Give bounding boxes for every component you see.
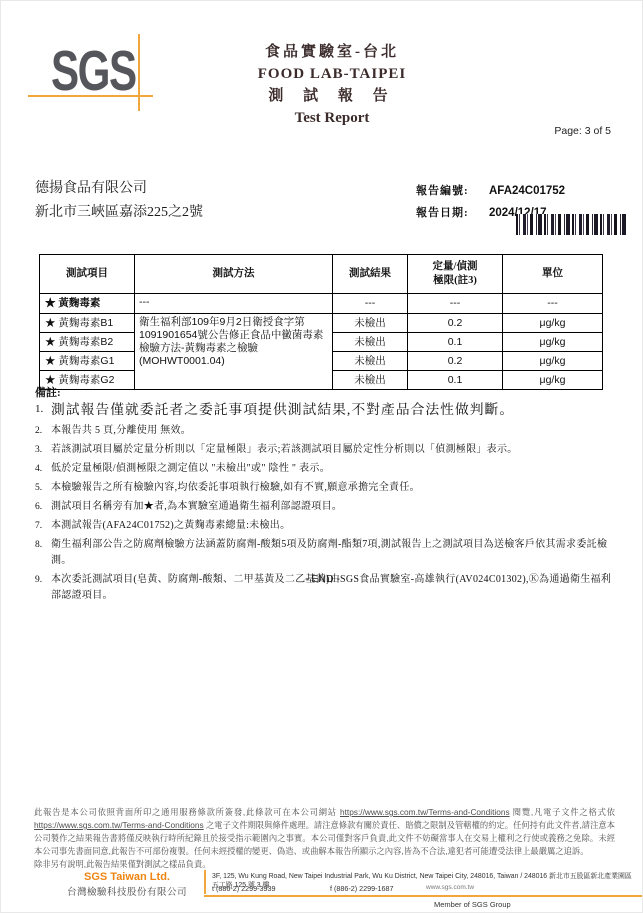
note-text: 低於定量極限/偵測極限之測定值以 "未檢出"或" 陰性 " 表示。 [51,461,330,477]
note-number: 5. [35,480,51,496]
lab-name-en: FOOD LAB-TAIPEI [172,63,492,85]
footer-member-label: Member of SGS Group [434,900,511,909]
report-barcode [516,214,627,235]
note-text: 若該測試項目屬於定量分析則以「定量極限」表示;若該測試項目屬於定性分析則以「偵測… [51,442,518,458]
report-title-zh: 測 試 報 告 [172,85,492,107]
report-no-value: AFA24C01752 [489,180,565,202]
report-title-block: 食品實驗室-台北 FOOD LAB-TAIPEI 測 試 報 告 Test Re… [172,41,492,129]
note-number: 8. [35,537,51,569]
cell-detection-limit: 0.2 [408,352,503,371]
cell-detection-limit: --- [408,294,503,314]
note-item: 2.本報告共 5 頁,分離使用 無效。 [35,423,617,439]
cell-test-result: 未檢出 [333,371,408,390]
results-table-body: ★ 黃麴毒素------------★ 黃麴毒素B1衛生福利部109年9月2日衛… [40,294,603,390]
report-date-label: 報告日期: [416,202,489,224]
footer-company-zh: 台灣檢驗科技股份有限公司 [56,884,198,898]
note-item: 6.測試項目名稱旁有加★者,為本實驗室通過衛生福利部認證項目。 [35,499,617,515]
note-number: 6. [35,499,51,515]
legal-last-line: 除非另有說明,此報告結果僅對測試之樣品負責。 [34,858,615,871]
terms-link-2[interactable]: https://www.sgs.com.tw/Terms-and-Conditi… [34,820,204,830]
notes-label: 備註: [35,384,61,400]
note-text: 本測試報告(AFA24C01752)之黃麴毒素總量:未檢出。 [51,518,290,534]
cell-test-method: 衛生福利部109年9月2日衛授食字第1091901654號公告修正食品中黴菌毒素… [135,314,333,390]
note-text: 衛生福利部公告之防腐劑檢驗方法涵蓋防腐劑-酸類5項及防腐劑-酯類7項,測試報告上… [51,537,617,569]
column-header: 測試方法 [135,255,333,294]
cell-test-item: ★ 黃麴毒素B1 [40,314,135,333]
cell-test-item: ★ 黃麴毒素G1 [40,352,135,371]
note-item: 3.若該測試項目屬於定量分析則以「定量極限」表示;若該測試項目屬於定性分析則以「… [35,442,617,458]
client-block: 德揚食品有限公司 新北市三峽區嘉添225之2號 [35,177,203,225]
note-item: 7.本測試報告(AFA24C01752)之黃麴毒素總量:未檢出。 [35,518,617,534]
legal-text: 此報告是本公司依照背面所印之通用服務條款所簽發,此條款可在本公司網站 [34,807,340,817]
note-text: 測試項目名稱旁有加★者,為本實驗室通過衛生福利部認證項目。 [51,499,342,515]
page-number: Page: 3 of 5 [554,125,611,137]
note-item: 8.衛生福利部公告之防腐劑檢驗方法涵蓋防腐劑-酸類5項及防腐劑-酯類7項,測試報… [35,537,617,569]
table-row: ★ 黃麴毒素------------ [40,294,603,314]
note-item: 1.測試報告僅就委託者之委託事項提供測試結果,不對產品合法性做判斷。 [35,399,617,420]
footer-phone: t (886-2) 2299-3939 [212,884,330,893]
note-number: 4. [35,461,51,477]
logo-crosshair-vertical [138,34,140,111]
lab-name-zh: 食品實驗室-台北 [172,41,492,63]
note-text: 測試報告僅就委託者之委託事項提供測試結果,不對產品合法性做判斷。 [51,399,514,420]
cell-test-result: 未檢出 [333,333,408,352]
note-item: 5.本檢驗報告之所有檢驗內容,均依委託事項執行檢驗,如有不實,願意承擔完全責任。 [35,480,617,496]
footer-website-link[interactable]: www.sgs.com.tw [426,884,474,893]
cell-detection-limit: 0.1 [408,371,503,390]
cell-unit: μg/kg [503,314,603,333]
report-no-label: 報告編號: [416,180,489,202]
footer-divider-horizontal [204,895,642,897]
note-number: 7. [35,518,51,534]
table-row: ★ 黃麴毒素B1衛生福利部109年9月2日衛授食字第1091901654號公告修… [40,314,603,333]
cell-unit: --- [503,294,603,314]
note-item: 4.低於定量極限/偵測極限之測定值以 "未檢出"或" 陰性 " 表示。 [35,461,617,477]
legal-terms-text: 此報告是本公司依照背面所印之通用服務條款所簽發,此條款可在本公司網站 https… [34,806,615,871]
note-number: 3. [35,442,51,458]
terms-link[interactable]: https://www.sgs.com.tw/Terms-and-Conditi… [340,807,510,817]
sgs-logo-text: SGS [51,47,118,95]
column-header: 定量/偵測 極限(註3) [408,255,503,294]
cell-test-item: ★ 黃麴毒素 [40,294,135,314]
report-page: SGS 食品實驗室-台北 FOOD LAB-TAIPEI 測 試 報 告 Tes… [0,0,643,913]
logo-crosshair-horizontal [28,95,153,97]
footer-company-en: SGS Taiwan Ltd. [61,871,193,883]
note-text: 本檢驗報告之所有檢驗內容,均依委託事項執行檢驗,如有不實,願意承擔完全責任。 [51,480,420,496]
cell-test-result: 未檢出 [333,314,408,333]
note-number: 2. [35,423,51,439]
results-table: 測試項目測試方法測試結果定量/偵測 極限(註3)單位 ★ 黃麴毒素-------… [39,254,603,390]
column-header: 單位 [503,255,603,294]
client-name: 德揚食品有限公司 [35,177,203,201]
cell-test-result: 未檢出 [333,352,408,371]
results-table-header-row: 測試項目測試方法測試結果定量/偵測 極限(註3)單位 [40,255,603,294]
cell-detection-limit: 0.1 [408,333,503,352]
cell-unit: μg/kg [503,333,603,352]
cell-test-result: --- [333,294,408,314]
end-marker: - END - [1,573,643,585]
footer-contact-row: t (886-2) 2299-3939 f (886-2) 2299-1687 … [212,884,636,893]
legal-text: 閱覽,凡電子文件之格式依 [510,807,615,817]
column-header: 測試項目 [40,255,135,294]
footer-divider-vertical [204,870,206,894]
cell-unit: μg/kg [503,371,603,390]
cell-detection-limit: 0.2 [408,314,503,333]
note-number: 1. [35,399,51,420]
footer-fax: f (886-2) 2299-1687 [330,884,426,893]
cell-unit: μg/kg [503,352,603,371]
cell-test-method: --- [135,294,333,314]
note-text: 本報告共 5 頁,分離使用 無效。 [51,423,191,439]
column-header: 測試結果 [333,255,408,294]
sgs-logo: SGS [51,47,141,97]
report-title-en: Test Report [172,107,492,129]
cell-test-item: ★ 黃麴毒素B2 [40,333,135,352]
client-address: 新北市三峽區嘉添225之2號 [35,201,203,225]
